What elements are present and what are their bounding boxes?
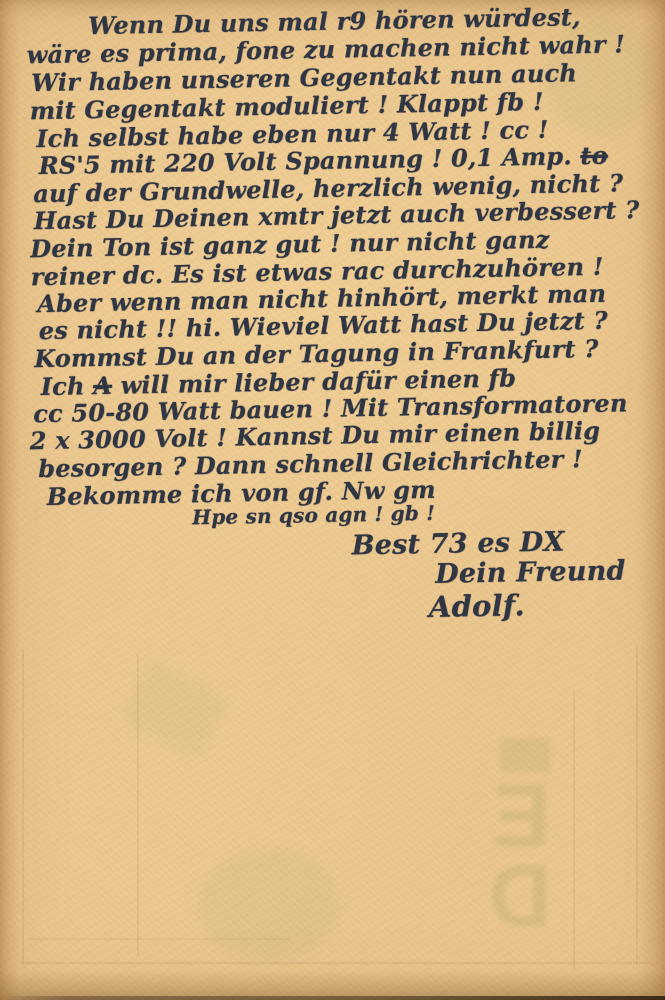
signature: Adolf. [429,588,525,624]
scan-edge-shadow [0,996,665,1000]
handwritten-line: Hpe sn qso agn ! gb ! [192,501,435,529]
handwritten-closing: Dein Freund [435,555,626,589]
postcard-scan: E D Wenn Du uns mal r9 hören würdest, wä… [0,0,665,1000]
handwritten-message: Wenn Du uns mal r9 hören würdest, wäre e… [0,0,665,1000]
